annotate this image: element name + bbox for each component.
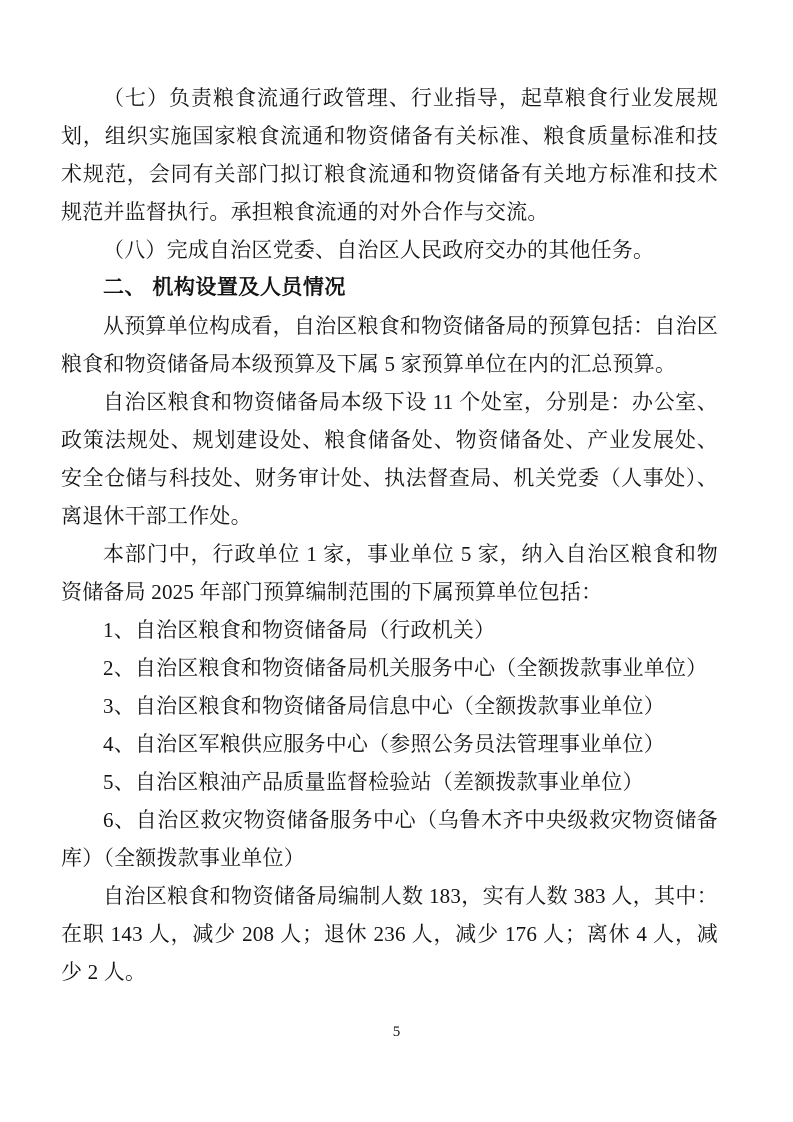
paragraph-budget-composition: 从预算单位构成看，自治区粮食和物资储备局的预算包括：自治区粮食和物资储备局本级预… — [61, 307, 718, 383]
paragraph-staffing-numbers: 自治区粮食和物资储备局编制人数 183，实有人数 383 人，其中：在职 143… — [61, 877, 718, 991]
list-item-unit-1: 1、自治区粮食和物资储备局（行政机关） — [61, 611, 718, 649]
list-item-unit-6: 6、自治区救灾物资储备服务中心（乌鲁木齐中央级救灾物资储备库）（全额拨款事业单位… — [61, 801, 718, 877]
paragraph-subordinate-units: 本部门中，行政单位 1 家，事业单位 5 家，纳入自治区粮食和物资储备局 202… — [61, 535, 718, 611]
list-item-unit-5: 5、自治区粮油产品质量监督检验站（差额拨款事业单位） — [61, 763, 718, 801]
section-heading-2: 二、 机构设置及人员情况 — [61, 269, 718, 307]
list-item-unit-4: 4、自治区军粮供应服务中心（参照公务员法管理事业单位） — [61, 725, 718, 763]
list-item-unit-2: 2、自治区粮食和物资储备局机关服务中心（全额拨款事业单位） — [61, 649, 718, 687]
page-footer: 5 — [0, 1022, 793, 1042]
page-number: 5 — [393, 1024, 401, 1040]
paragraph-item-7: （七）负责粮食流通行政管理、行业指导，起草粮食行业发展规划，组织实施国家粮食流通… — [61, 79, 718, 231]
paragraph-item-8: （八）完成自治区党委、自治区人民政府交办的其他任务。 — [61, 231, 718, 269]
paragraph-internal-offices: 自治区粮食和物资储备局本级下设 11 个处室，分别是：办公室、政策法规处、规划建… — [61, 383, 718, 535]
list-item-unit-3: 3、自治区粮食和物资储备局信息中心（全额拨款事业单位） — [61, 687, 718, 725]
page-content: （七）负责粮食流通行政管理、行业指导，起草粮食行业发展规划，组织实施国家粮食流通… — [61, 79, 718, 991]
document-page: （七）负责粮食流通行政管理、行业指导，起草粮食行业发展规划，组织实施国家粮食流通… — [0, 0, 793, 1122]
